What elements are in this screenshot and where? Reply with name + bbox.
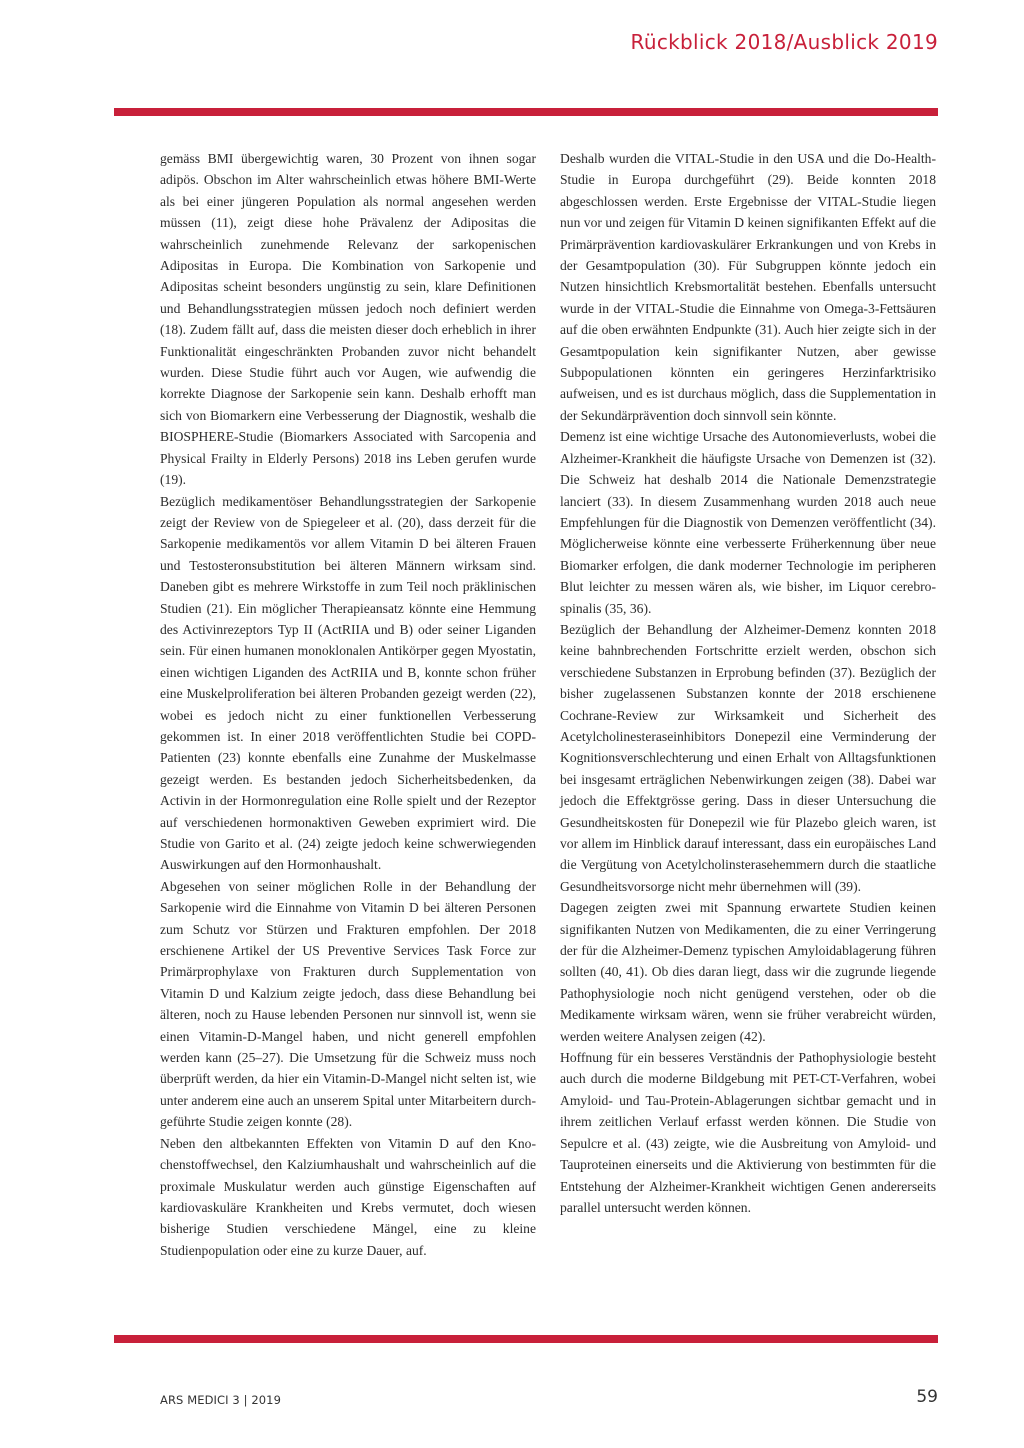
- top-divider: [114, 108, 938, 116]
- paragraph: Dagegen zeigten zwei mit Spannung erwart…: [560, 897, 936, 1047]
- bottom-divider: [114, 1335, 938, 1343]
- paragraph: Bezüglich der Behandlung der Alzheimer-D…: [560, 619, 936, 897]
- paragraph: Neben den altbekannten Effekten von Vita…: [160, 1133, 536, 1261]
- paragraph: Abgesehen von seiner möglichen Rolle in …: [160, 876, 536, 1133]
- paragraph: Demenz ist eine wichtige Ursache des Aut…: [560, 426, 936, 619]
- paragraph: Bezüglich medikamentöser Behandlungsstra…: [160, 491, 536, 876]
- journal-issue: ARS MEDICI 3 | 2019: [160, 1393, 281, 1407]
- paragraph: Deshalb wurden die VITAL-Studie in den U…: [560, 148, 936, 426]
- paragraph: Hoffnung für ein besseres Verständnis de…: [560, 1047, 936, 1218]
- right-column: Deshalb wurden die VITAL-Studie in den U…: [560, 148, 936, 1218]
- section-title: Rückblick 2018/Ausblick 2019: [631, 30, 938, 54]
- paragraph: gemäss BMI übergewichtig waren, 30 Proze…: [160, 148, 536, 491]
- page-number: 59: [916, 1387, 938, 1407]
- left-column: gemäss BMI übergewichtig waren, 30 Proze…: [160, 148, 536, 1261]
